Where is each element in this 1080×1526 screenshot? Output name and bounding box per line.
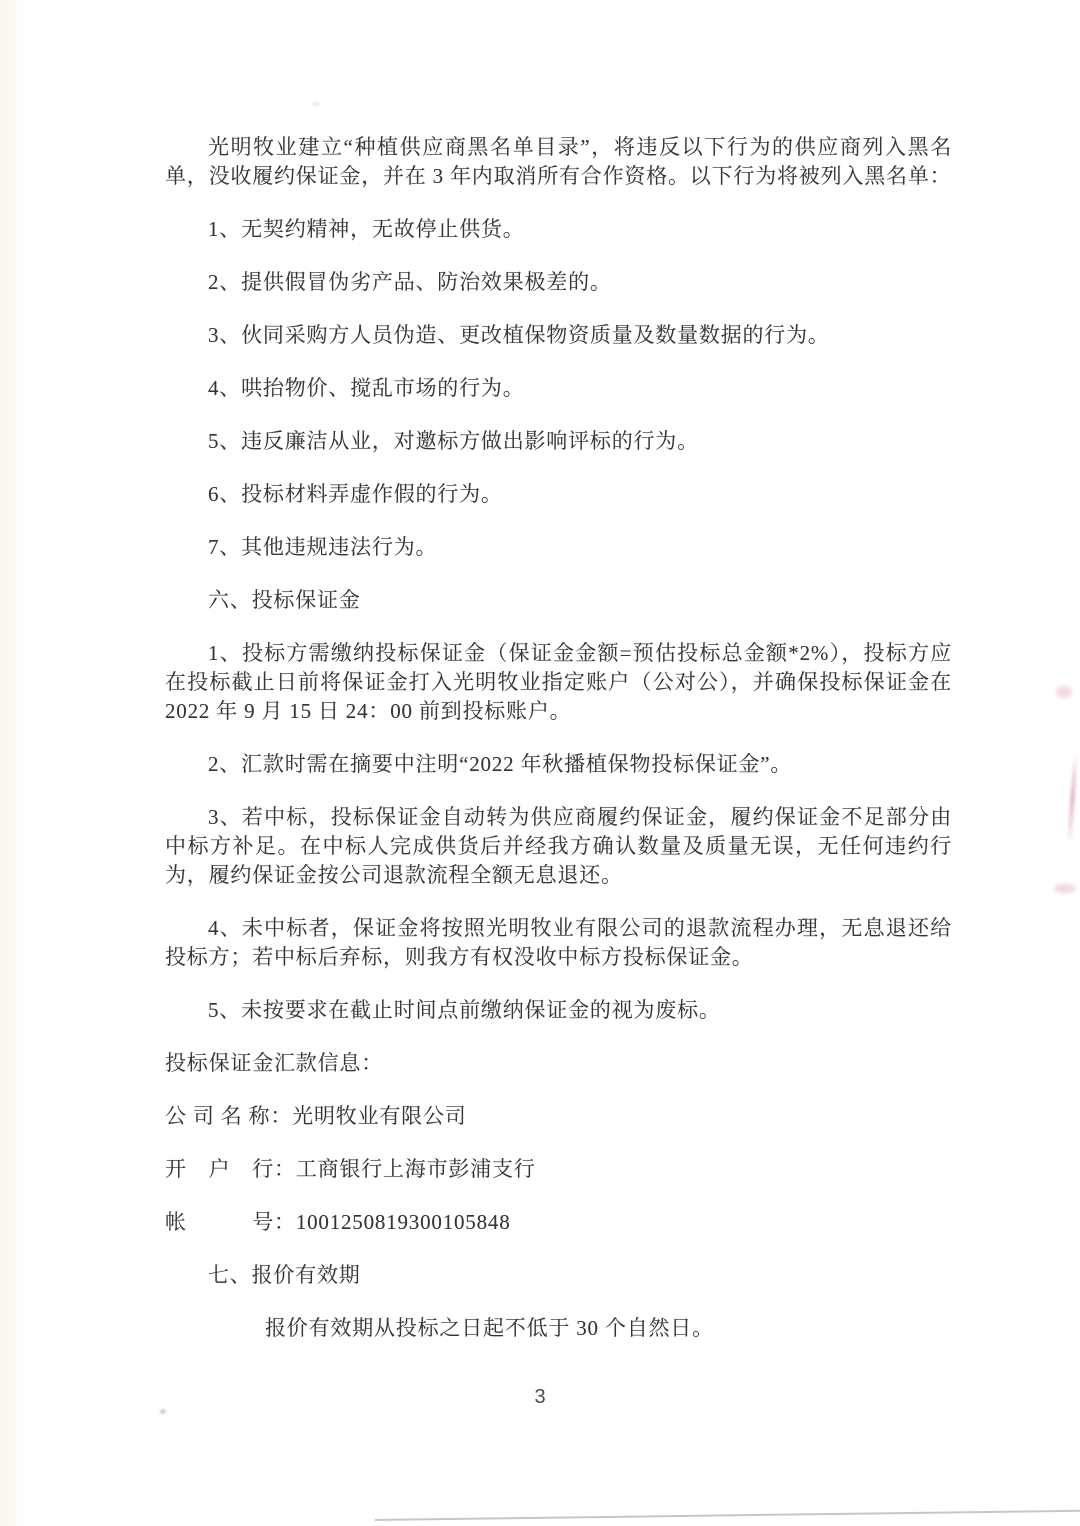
intro-paragraph: 光明牧业建立“种植供应商黑名单目录”，将违反以下行为的供应商列入黑名单，没收履约… <box>165 133 952 191</box>
blacklist-item-2: 2、提供假冒伪劣产品、防治效果极差的。 <box>165 268 952 297</box>
scan-fleck-bottom <box>160 1409 166 1414</box>
blacklist-item-3: 3、伙同采购方人员伪造、更改植保物资质量及数量数据的行为。 <box>165 321 952 350</box>
blacklist-item-1: 1、无契约精神，无故停止供货。 <box>165 215 952 244</box>
section-six-item-1: 1、投标方需缴纳投标保证金（保证金金额=预估投标总金额*2%），投标方应在投标截… <box>165 639 952 726</box>
account-number-label: 帐 号： <box>165 1210 296 1234</box>
account-number-value: 1001250819300105848 <box>296 1210 511 1234</box>
company-name-label: 公 司 名 称： <box>165 1104 292 1128</box>
document-page: 光明牧业建立“种植供应商黑名单目录”，将违反以下行为的供应商列入黑名单，没收履约… <box>0 0 1080 1526</box>
bank-value: 工商银行上海市彭浦支行 <box>296 1157 536 1181</box>
document-content: 光明牧业建立“种植供应商黑名单目录”，将违反以下行为的供应商列入黑名单，没收履约… <box>165 133 952 1367</box>
remittance-info-title: 投标保证金汇款信息： <box>165 1049 952 1078</box>
blacklist-item-5: 5、违反廉洁从业，对邀标方做出影响评标的行为。 <box>165 427 952 456</box>
blacklist-item-7: 7、其他违规违法行为。 <box>165 533 952 562</box>
blacklist-item-4: 4、哄抬物价、搅乱市场的行为。 <box>165 374 952 403</box>
section-six-heading: 六、投标保证金 <box>165 586 952 615</box>
account-number-row: 帐 号：1001250819300105848 <box>165 1208 952 1237</box>
scan-fleck-top <box>312 102 321 106</box>
company-name-row: 公 司 名 称：光明牧业有限公司 <box>165 1102 952 1131</box>
page-number: 3 <box>0 1386 1080 1409</box>
scan-pink-line <box>1067 756 1078 841</box>
section-six-item-2: 2、汇款时需在摘要中注明“2022 年秋播植保物投标保证金”。 <box>165 750 952 779</box>
section-six-item-3: 3、若中标，投标保证金自动转为供应商履约保证金，履约保证金不足部分由中标方补足。… <box>165 803 952 890</box>
scan-pink-smudge-upper <box>1056 686 1072 698</box>
bank-label: 开 户 行： <box>165 1157 296 1181</box>
company-name-value: 光明牧业有限公司 <box>292 1104 466 1128</box>
section-six-item-5: 5、未按要求在截止时间点前缴纳保证金的视为废标。 <box>165 996 952 1025</box>
blacklist-item-6: 6、投标材料弄虚作假的行为。 <box>165 480 952 509</box>
scan-pink-smudge-lower <box>1054 884 1076 893</box>
section-six-item-4: 4、未中标者，保证金将按照光明牧业有限公司的退款流程办理，无息退还给投标方；若中… <box>165 914 952 972</box>
quote-validity-paragraph: 报价有效期从投标之日起不低于 30 个自然日。 <box>165 1314 952 1343</box>
section-seven-heading: 七、报价有效期 <box>165 1261 952 1290</box>
scan-bottom-edge-line <box>375 1510 1080 1521</box>
bank-row: 开 户 行：工商银行上海市彭浦支行 <box>165 1155 952 1184</box>
scan-edge-strip <box>0 0 28 1526</box>
